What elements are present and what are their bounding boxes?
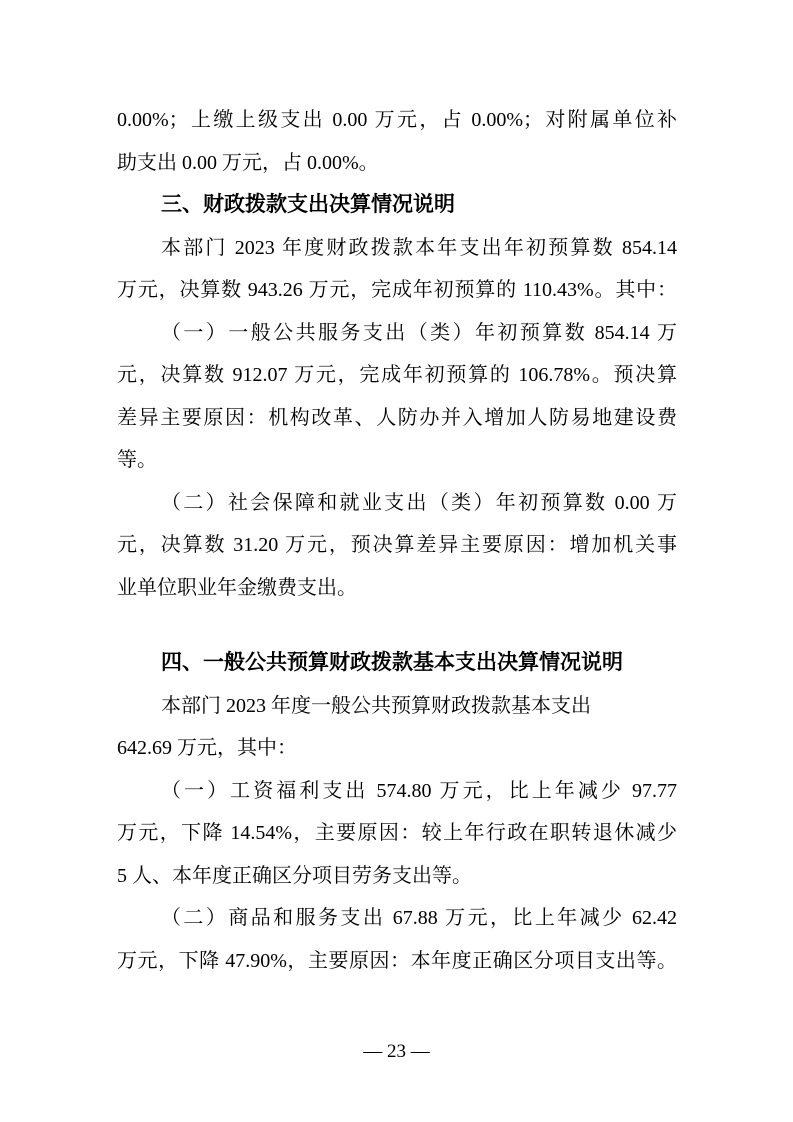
- text-line: 万元，下降 14.54%，主要原因：较上年行政在职转退休减少: [117, 812, 677, 855]
- text-line: 5 人、本年度正确区分项目劳务支出等。: [117, 855, 677, 898]
- text-line: 等。: [117, 439, 677, 482]
- para-general-public-service: （一）一般公共服务支出（类）年初预算数 854.14 万元，决算数 912.07…: [117, 312, 677, 482]
- text-line: （二）商品和服务支出 67.88 万元，比上年减少 62.42: [117, 897, 677, 940]
- para-social-security-employment: （二）社会保障和就业支出（类）年初预算数 0.00 万元，决算数 31.20 万…: [117, 482, 677, 610]
- para-goods-services: （二）商品和服务支出 67.88 万元，比上年减少 62.42万元，下降 47.…: [117, 897, 677, 982]
- text-line: 差异主要原因：机构改革、人防办并入增加人防易地建设费: [117, 397, 677, 440]
- heading-section-four: 四、一般公共预算财政拨款基本支出决算情况说明: [117, 642, 677, 685]
- text-line: 业单位职业年金缴费支出。: [117, 567, 677, 610]
- heading-line: 四、一般公共预算财政拨款基本支出决算情况说明: [117, 642, 677, 685]
- blank-line: [117, 609, 677, 642]
- page-number: — 23 —: [0, 1040, 793, 1064]
- text-line: 642.69 万元，其中：: [117, 727, 677, 770]
- text-line: 万元，下降 47.90%，主要原因：本年度正确区分项目支出等。: [117, 940, 677, 983]
- text-line: （一）一般公共服务支出（类）年初预算数 854.14 万: [117, 312, 677, 355]
- heading-line: 三、财政拨款支出决算情况说明: [117, 184, 677, 227]
- para-salary-welfare: （一）工资福利支出 574.80 万元，比上年减少 97.77万元，下降 14.…: [117, 770, 677, 898]
- document-page: 0.00%；上缴上级支出 0.00 万元，占 0.00%；对附属单位补助支出 0…: [0, 0, 793, 1122]
- text-line: （一）工资福利支出 574.80 万元，比上年减少 97.77: [117, 770, 677, 813]
- para-continuation-upper-level-expenditure: 0.00%；上缴上级支出 0.00 万元，占 0.00%；对附属单位补助支出 0…: [117, 99, 677, 184]
- text-line: 本部门 2023 年度一般公共预算财政拨款基本支出: [117, 685, 677, 728]
- para-basic-expenditure-total: 本部门 2023 年度一般公共预算财政拨款基本支出642.69 万元，其中：: [117, 685, 677, 770]
- text-line: 助支出 0.00 万元，占 0.00%。: [117, 142, 677, 185]
- text-line: （二）社会保障和就业支出（类）年初预算数 0.00 万: [117, 482, 677, 525]
- text-line: 元，决算数 31.20 万元，预决算差异主要原因：增加机关事: [117, 524, 677, 567]
- text-line: 0.00%；上缴上级支出 0.00 万元，占 0.00%；对附属单位补: [117, 99, 677, 142]
- text-line: 万元，决算数 943.26 万元，完成年初预算的 110.43%。其中：: [117, 269, 677, 312]
- text-line: 本部门 2023 年度财政拨款本年支出年初预算数 854.14: [117, 227, 677, 270]
- document-body: 0.00%；上缴上级支出 0.00 万元，占 0.00%；对附属单位补助支出 0…: [117, 99, 677, 982]
- heading-section-three: 三、财政拨款支出决算情况说明: [117, 184, 677, 227]
- para-fiscal-appropriation-total: 本部门 2023 年度财政拨款本年支出年初预算数 854.14万元，决算数 94…: [117, 227, 677, 312]
- text-line: 元，决算数 912.07 万元，完成年初预算的 106.78%。预决算: [117, 354, 677, 397]
